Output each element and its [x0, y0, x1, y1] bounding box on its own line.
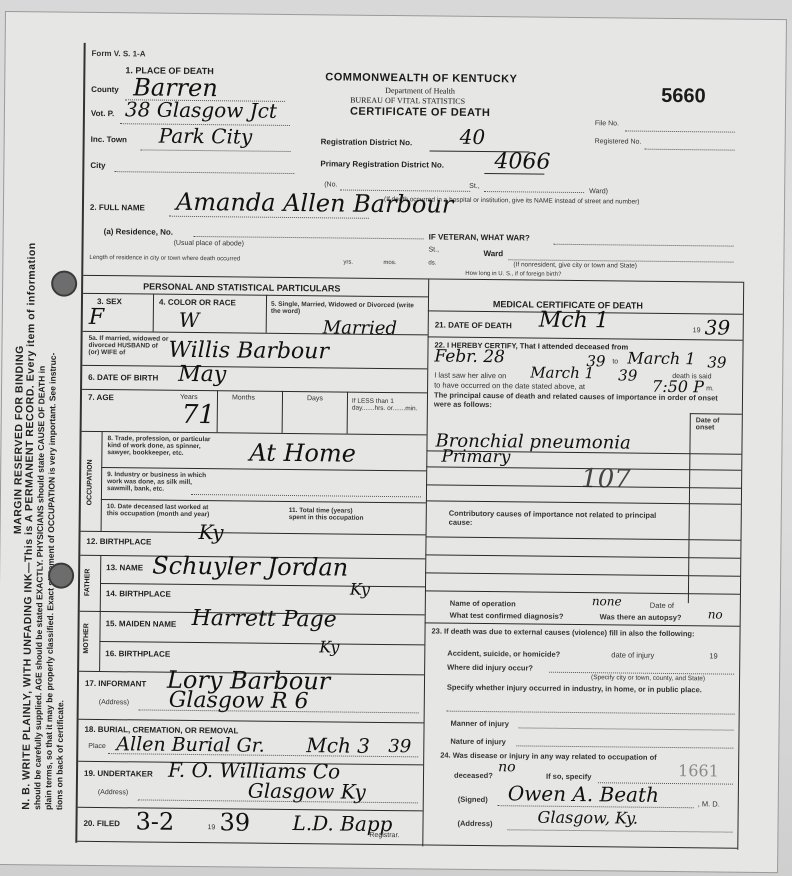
age-years-value: 71 — [182, 400, 215, 430]
father-side-label: FATHER — [84, 569, 91, 597]
margin-instructions: MARGIN RESERVED FOR BINDING N. B. WRITE … — [10, 70, 73, 811]
occurred-label: to have occurred on the date stated abov… — [434, 381, 585, 392]
file-number: 5660 — [661, 85, 706, 108]
filed-label: 20. FILED — [83, 819, 120, 828]
operation-label: Name of operation — [450, 599, 516, 609]
deceased-answer: no — [498, 759, 516, 775]
test-label: What test confirmed diagnosis? — [450, 611, 564, 621]
registered-no-label: Registered No. — [595, 138, 642, 145]
to-label: to — [612, 358, 618, 365]
certificate-title: CERTIFICATE OF DEATH — [350, 106, 490, 119]
autopsy-value: no — [708, 607, 723, 621]
spouse-value: Willis Barbour — [168, 338, 329, 365]
birthplace-label: 12. BIRTHPLACE — [86, 537, 151, 547]
nature-of-injury-label: Nature of injury — [450, 737, 506, 747]
date-of-death-value: Mch 1 — [539, 308, 609, 334]
attended-to-year: 39 — [707, 353, 726, 371]
m-label: m. — [706, 385, 714, 392]
full-name-label: 2. FULL NAME — [90, 203, 145, 213]
dob-label: 6. DATE OF BIRTH — [88, 373, 158, 383]
mother-birthplace-label: 16. BIRTHPLACE — [105, 649, 170, 659]
mos-label: mos. — [383, 260, 396, 266]
if-so-label: If so, specify — [546, 772, 592, 781]
mother-name-label: 15. MAIDEN NAME — [106, 619, 177, 629]
inc-town-value: Park City — [159, 124, 253, 149]
binding-margin: MARGIN RESERVED FOR BINDING N. B. WRITE … — [0, 12, 84, 865]
street-no-label: (No. — [324, 181, 337, 188]
informant-address-label: (Address) — [99, 699, 129, 706]
file-no-label: File No. — [595, 120, 619, 127]
binding-hole-icon — [51, 270, 77, 296]
county-label: County — [91, 85, 119, 94]
occupation-side-label: OCCUPATION — [86, 459, 93, 505]
filed-date-value: 3-2 — [135, 807, 174, 835]
operation-value: none — [592, 594, 622, 608]
registration-district-label: Registration District No. — [321, 137, 413, 147]
death-year-value: 39 — [705, 315, 731, 339]
residence-ward-label: Ward — [483, 249, 503, 258]
less-than-day-label: If LESS than 1 day.......hrs. or.......m… — [352, 398, 424, 413]
last-worked-label: 10. Date deceased last worked at this oc… — [107, 503, 217, 518]
stamp-code: 1661 — [678, 761, 719, 780]
burial-place-label: Place — [88, 743, 106, 750]
mother-side-label: MOTHER — [83, 623, 90, 653]
injury-year-label: 19 — [709, 651, 717, 660]
nonresident-note: (If nonresident, give city or town and S… — [513, 261, 637, 269]
vot-value: 38 Glasgow Jct — [125, 97, 277, 123]
burial-year-value: 39 — [388, 736, 411, 757]
father-birthplace-label: 14. BIRTHPLACE — [106, 589, 171, 599]
specify-place-label: Specify whether injury occurred in indus… — [447, 683, 732, 695]
filed-year-value: 39 — [219, 808, 250, 836]
where-injury-label: Where did injury occur? — [447, 663, 533, 673]
marital-status-value: Married — [323, 317, 398, 339]
years-in-us-label: How long in U. S., if of foreign birth? — [465, 271, 561, 278]
trade-label: 8. Trade, profession, or particular kind… — [107, 435, 217, 457]
age-days-label: Days — [307, 395, 323, 402]
age-label: 7. AGE — [88, 393, 114, 402]
department: Department of Health — [385, 86, 455, 96]
dob-value: May — [178, 362, 226, 388]
external-causes-label: 23. If death was due to external causes … — [431, 626, 731, 638]
bureau: BUREAU OF VITAL STATISTICS — [350, 96, 465, 106]
age-months-label: Months — [232, 394, 255, 401]
registration-district-value: 40 — [460, 125, 486, 149]
registrar-label: Registrar. — [369, 832, 399, 839]
city-label: City — [90, 161, 105, 170]
signed-label: (Signed) — [458, 795, 488, 804]
industry-label: 9. Industry or business in which work wa… — [107, 471, 217, 493]
binding-hole-icon — [48, 562, 74, 588]
length-of-residence-label: Length of residence in city or town wher… — [89, 255, 240, 263]
marital-status-label: 5. Single, Married, Widowed or Divorced … — [271, 301, 421, 317]
mother-name-value: Harrett Page — [192, 606, 337, 633]
color-race-value: W — [179, 308, 200, 332]
street-label: St., — [469, 183, 480, 190]
total-time-label: 11. Total time (years) spent in this occ… — [289, 507, 369, 522]
certificate-form: Form V. S. 1-A 1. PLACE OF DEATH COMMONW… — [75, 43, 765, 850]
where-injury-note: (Specify city or town, county, and State… — [591, 674, 705, 682]
date-of-death-label: 21. DATE OF DEATH — [435, 321, 512, 331]
physician-address-value: Glasgow, Ky. — [537, 808, 638, 828]
deceased-label: deceased? — [454, 771, 493, 780]
undertaker-label: 19. UNDERTAKER — [84, 769, 153, 779]
father-name-value: Schuyler Jordan — [152, 552, 348, 582]
personal-section-title: PERSONAL AND STATISTICAL PARTICULARS — [143, 281, 340, 293]
cause-code: 107 — [581, 464, 631, 495]
cause-intro: The principal cause of death and related… — [434, 391, 724, 412]
informant-label: 17. INFORMANT — [85, 679, 146, 689]
spouse-label: 5a. If married, widowed or divorced HUSB… — [88, 335, 168, 357]
ds-label: ds. — [428, 260, 436, 266]
veteran-label: IF VETERAN, WHAT WAR? — [429, 232, 530, 242]
operation-date-label: Date of — [650, 601, 674, 610]
residence-label: (a) Residence, No. — [104, 227, 173, 237]
ward-label: Ward) — [589, 188, 608, 195]
state-title: COMMONWEALTH OF KENTUCKY — [325, 71, 517, 85]
color-race-label: 4. COLOR OR RACE — [159, 298, 236, 308]
date-of-onset-label: Date of onset — [696, 417, 736, 431]
injury-date-label: date of injury — [611, 650, 654, 659]
father-birthplace-value: Ky — [350, 580, 370, 599]
abode-label: (Usual place of abode) — [174, 240, 245, 248]
cause-line-2: Primary — [441, 447, 510, 468]
trade-value: At Home — [249, 439, 356, 468]
accident-label: Accident, suicide, or homicide? — [447, 649, 560, 659]
sex-value: F — [89, 305, 105, 330]
last-saw-year: 39 — [618, 366, 637, 384]
form-id: Form V. S. 1-A — [92, 49, 146, 59]
last-saw-value: March 1 — [530, 364, 594, 383]
attended-to-value: March 1 — [627, 349, 695, 369]
vot-label: Vot. P. — [91, 109, 114, 118]
attended-from-value: Febr. 28 — [434, 347, 505, 368]
full-name-value: Amanda Allen Barbour — [176, 188, 454, 219]
undertaker-address-label: (Address) — [98, 789, 128, 796]
burial-date-value: Mch 3 — [306, 733, 370, 758]
primary-registration-label: Primary Registration District No. — [320, 159, 444, 169]
md-label: , M. D. — [698, 799, 720, 808]
death-year-prefix: 19 — [693, 327, 701, 334]
physician-address-label: (Address) — [457, 819, 492, 828]
occupation-related-label: 24. Was disease or injury in any way rel… — [440, 751, 657, 762]
father-name-label: 13. NAME — [106, 563, 143, 572]
birthplace-value: Ky — [198, 520, 223, 544]
mother-birthplace-value: Ky — [319, 637, 339, 656]
physician-signature: Owen A. Beath — [508, 781, 659, 807]
contributory-label: Contributory causes of importance not re… — [449, 509, 679, 529]
death-certificate: MARGIN RESERVED FOR BINDING N. B. WRITE … — [0, 12, 786, 872]
autopsy-label: Was there an autopsy? — [600, 612, 682, 622]
primary-registration-value: 4066 — [494, 149, 550, 175]
residence-street-label: St., — [428, 246, 439, 253]
last-saw-label: I last saw her alive on — [434, 371, 506, 381]
inc-town-label: Inc. Town — [91, 135, 127, 144]
manner-of-injury-label: Manner of injury — [451, 719, 509, 729]
yrs-label: yrs. — [343, 260, 353, 266]
